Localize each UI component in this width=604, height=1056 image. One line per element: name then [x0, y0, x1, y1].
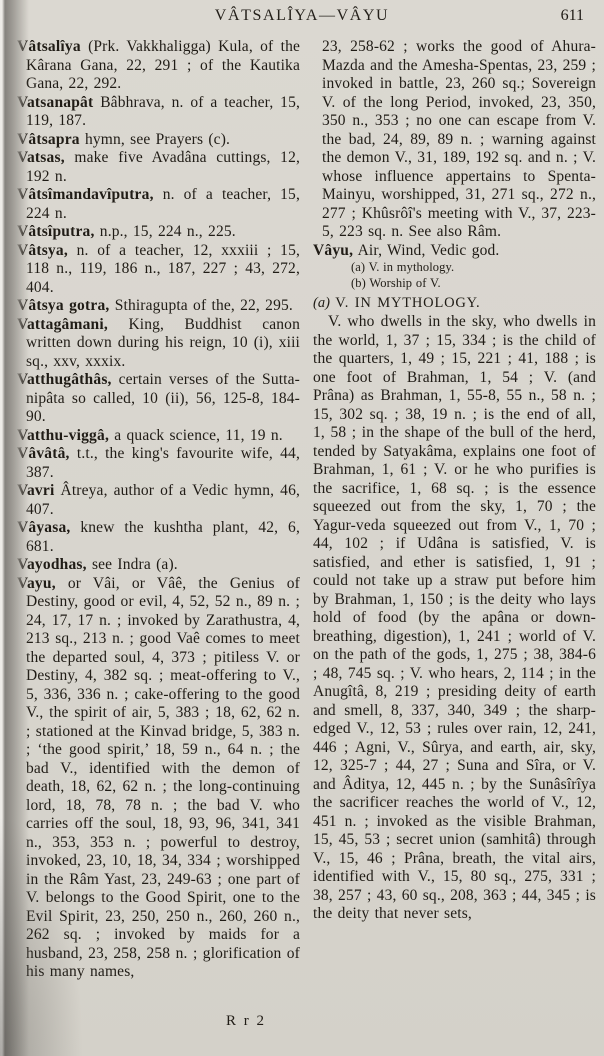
entry-term: Vavri	[17, 482, 54, 499]
entry-term: Vâtsya gotra,	[17, 297, 109, 314]
index-entry: Vayu, or Vâi, or Vâê, the Genius of Dest…	[17, 575, 300, 982]
entry-text: n.p., 15, 224 n., 225.	[100, 223, 236, 240]
scanned-book-page: { "colors": { "paper": "#d8d5ce", "ink":…	[0, 0, 604, 1056]
index-entry: Vattagâmani, King, Buddhist canon writte…	[17, 316, 300, 372]
entry-term: Vâtsîputra,	[17, 223, 95, 240]
entry-text: hymn, see Prayers (c).	[85, 131, 230, 148]
subentry-contents-a: (a) V. in mythology.	[351, 260, 596, 276]
page-header: VÂTSALÎYA—VÂYU 611	[0, 0, 604, 32]
subentry-contents-b: (b) Worship of V.	[351, 276, 596, 292]
printer-signature: R r 2	[226, 1013, 266, 1030]
index-columns: Vâtsalîya (Prk. Vakkhaligga) Kula, of th…	[0, 32, 604, 982]
index-entry: Vatthu-viggâ, a quack science, 11, 19 n.	[17, 427, 300, 446]
entry-term: Vâyasa,	[17, 519, 71, 536]
index-entry: Vâtsapra hymn, see Prayers (c).	[17, 131, 300, 150]
index-entry: Vatsas, make five Avadâna cuttings, 12, …	[17, 149, 300, 186]
index-entry: Vayodhas, see Indra (a).	[17, 556, 300, 575]
index-entry: Vâtsya gotra, Sthiragupta of the, 22, 29…	[17, 297, 300, 316]
index-entry: Vatthugâthâs, certain verses of the Sutt…	[17, 371, 300, 427]
section-heading-text: V. IN MYTHOLOGY.	[335, 295, 480, 311]
entry-text: n. of a teacher, 12, xxxiii ; 15, 118 n.…	[26, 242, 300, 296]
entry-term: Vatsanapât	[17, 94, 93, 111]
entry-term: Vayu,	[17, 575, 56, 592]
page-number: 611	[561, 7, 584, 25]
entry-text: Air, Wind, Vedic god.	[358, 242, 500, 259]
index-entry: Vâtsîputra, n.p., 15, 224 n., 225.	[17, 223, 300, 242]
entry-text: Sthiragupta of the, 22, 295.	[115, 297, 293, 314]
entry-term: Vâyu,	[313, 242, 353, 259]
entry-term: Vâtsalîya	[17, 38, 81, 55]
entry-term: Vatthugâthâs,	[17, 371, 112, 388]
entry-text: see Indra (a).	[92, 556, 178, 573]
section-heading-label: (a)	[313, 295, 330, 311]
entry-term: Vâtsya,	[17, 242, 68, 259]
entry-text: Âtreya, author of a Vedic hymn, 46, 407.	[26, 482, 300, 518]
entry-term: Vâtsapra	[17, 131, 80, 148]
index-entry: Vâtsalîya (Prk. Vakkhaligga) Kula, of th…	[17, 38, 300, 94]
entry-term: Vatthu-viggâ,	[17, 427, 109, 444]
index-entry-vayu: Vâyu, Air, Wind, Vedic god.	[313, 242, 596, 261]
continuation-text: 23, 258-62 ; works the good of Ahura-Maz…	[322, 38, 596, 240]
section-body-text: V. who dwells in the sky, who dwells in …	[313, 313, 596, 924]
section-heading: (a) V. IN MYTHOLOGY.	[313, 294, 596, 312]
entry-term: Vatsas,	[17, 149, 65, 166]
index-entry: Vavri Âtreya, author of a Vedic hymn, 46…	[17, 482, 300, 519]
entry-term: Vayodhas,	[17, 556, 87, 573]
index-entry: Vatsanapât Bâbhrava, n. of a teacher, 15…	[17, 94, 300, 131]
page-title: VÂTSALÎYA—VÂYU	[0, 7, 604, 25]
entry-text: or Vâi, or Vâê, the Genius of Destiny, g…	[26, 575, 300, 981]
index-entry: Vâvâtâ, t.t., the king's favourite wife,…	[17, 445, 300, 482]
entry-continuation: 23, 258-62 ; works the good of Ahura-Maz…	[313, 38, 596, 242]
left-column: Vâtsalîya (Prk. Vakkhaligga) Kula, of th…	[17, 38, 300, 982]
entry-term: Vâvâtâ,	[17, 445, 70, 462]
entry-text: a quack science, 11, 19 n.	[114, 427, 283, 444]
index-entry: Vâtsya, n. of a teacher, 12, xxxiii ; 15…	[17, 242, 300, 298]
index-entry: Vâtsîmandavîputra, n. of a teacher, 15, …	[17, 186, 300, 223]
entry-text: make five Avadâna cuttings, 12, 192 n.	[26, 149, 300, 185]
entry-term: Vâtsîmandavîputra,	[17, 186, 154, 203]
entry-term: Vattagâmani,	[17, 316, 108, 333]
index-entry: Vâyasa, knew the kushtha plant, 42, 6, 6…	[17, 519, 300, 556]
right-column: 23, 258-62 ; works the good of Ahura-Maz…	[313, 38, 596, 982]
